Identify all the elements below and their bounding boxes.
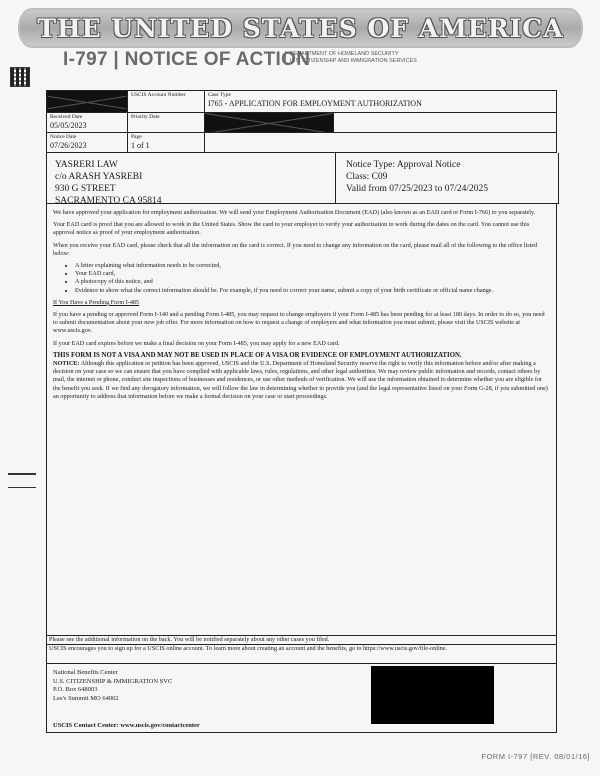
- office-address: National Benefits Center U.S. CITIZENSHI…: [53, 669, 172, 703]
- office-line2: U.S. CITIZENSHIP & IMMIGRATION SVC: [53, 678, 172, 687]
- notice-text: Although this application or petition ha…: [53, 360, 548, 400]
- notice-date-label: Notice Date: [50, 134, 76, 140]
- mailing-address: YASRERI LAW c/o ARASH YASREBI 930 G STRE…: [47, 153, 336, 203]
- notice-date-value: 07/26/2023: [50, 141, 124, 151]
- visa-warning: THIS FORM IS NOT A VISA AND MAY NOT BE U…: [53, 352, 550, 360]
- contact-center: USCIS Contact Center: www.uscis.gov/cont…: [53, 722, 200, 731]
- blank-cell: [334, 113, 557, 133]
- priority-date-cell: Priority Date: [128, 113, 205, 133]
- barcode-redacted: [371, 666, 494, 724]
- notice-type: Notice Type: Approval Notice: [346, 159, 548, 171]
- case-info-table: USCIS Account Number Case Type I765 - AP…: [46, 90, 557, 153]
- case-type-cell: Case Type I765 - APPLICATION FOR EMPLOYM…: [205, 91, 557, 113]
- body-paragraph-5: If your EAD card expires before we make …: [53, 340, 550, 348]
- body-paragraph-1: We have approved your application for em…: [53, 209, 550, 217]
- list-item: A letter explaining what information nee…: [75, 262, 550, 270]
- body-paragraph-3: When you receive your EAD card, please c…: [53, 242, 550, 258]
- notice-type-value: Approval Notice: [397, 160, 461, 170]
- online-account-note: USCIS encourages you to sign up for a US…: [46, 645, 557, 664]
- notice-label: NOTICE:: [53, 360, 79, 367]
- list-item: A photocopy of this notice, and: [75, 278, 550, 286]
- applicant-redacted: [205, 113, 334, 133]
- case-type-value: I765 - APPLICATION FOR EMPLOYMENT AUTHOR…: [208, 99, 553, 109]
- correction-list: A letter explaining what information nee…: [53, 262, 550, 295]
- office-line3: P.O. Box 648003: [53, 686, 172, 695]
- page-value: 1 of 1: [131, 141, 201, 151]
- body-paragraph-4: If you have a pending or approved Form I…: [53, 311, 550, 336]
- received-date-value: 05/05/2023: [50, 121, 124, 131]
- verification-notice: NOTICE: Although this application or pet…: [53, 360, 550, 401]
- margin-marks: [8, 473, 36, 500]
- notice-class: Class: C09: [346, 171, 548, 183]
- margin-line: [8, 473, 36, 475]
- notice-date-cell: Notice Date 07/26/2023: [47, 133, 128, 153]
- list-item: Evidence to show what the correct inform…: [75, 287, 550, 295]
- page-cell: Page 1 of 1: [128, 133, 205, 153]
- received-date-label: Received Date: [50, 114, 82, 120]
- department-line2: U.S. CITIZENSHIP AND IMMIGRATION SERVICE…: [290, 58, 417, 65]
- body-paragraph-2: Your EAD card is proof that you are allo…: [53, 221, 550, 237]
- notice-summary: Notice Type: Approval Notice Class: C09 …: [336, 153, 558, 203]
- notice-validity: Valid from 07/25/2023 to 07/24/2025: [346, 183, 548, 195]
- additional-info-note: Please see the additional information on…: [46, 636, 557, 645]
- office-section: National Benefits Center U.S. CITIZENSHI…: [46, 663, 557, 733]
- qr-code-icon: [10, 67, 30, 87]
- pending-i485-heading: If You Have a Pending Form I-485: [53, 299, 550, 307]
- notice-type-label: Notice Type:: [346, 160, 395, 170]
- account-number-label: USCIS Account Number: [131, 92, 186, 98]
- priority-date-label: Priority Date: [131, 114, 160, 120]
- list-item: Your EAD card,: [75, 270, 550, 278]
- case-type-label: Case Type: [208, 92, 231, 98]
- form-title: I-797 | NOTICE OF ACTION: [63, 49, 310, 71]
- address-section: YASRERI LAW c/o ARASH YASREBI 930 G STRE…: [46, 153, 559, 204]
- us-banner: THE UNITED STATES OF AMERICA: [18, 8, 583, 48]
- margin-line: [8, 487, 36, 489]
- page-label: Page: [131, 134, 142, 140]
- notice-body: We have approved your application for em…: [46, 203, 557, 636]
- address-line3: 930 G STREET: [55, 183, 327, 195]
- form-revision: FORM I-797 [REV. 08/01/16]: [481, 752, 590, 761]
- banner-text: THE UNITED STATES OF AMERICA: [37, 14, 563, 43]
- blank-cell-2: [205, 133, 557, 153]
- department-block: DEPARTMENT OF HOMELAND SECURITY U.S. CIT…: [285, 51, 417, 65]
- office-line1: National Benefits Center: [53, 669, 172, 678]
- account-number-cell: USCIS Account Number: [128, 91, 205, 113]
- received-date-cell: Received Date 05/05/2023: [47, 113, 128, 133]
- receipt-number-redacted: [47, 91, 128, 113]
- address-line2: c/o ARASH YASREBI: [55, 171, 327, 183]
- office-line4: Lee's Summit MO 64002: [53, 695, 172, 704]
- address-line1: YASRERI LAW: [55, 159, 327, 171]
- department-line1: DEPARTMENT OF HOMELAND SECURITY: [290, 51, 417, 58]
